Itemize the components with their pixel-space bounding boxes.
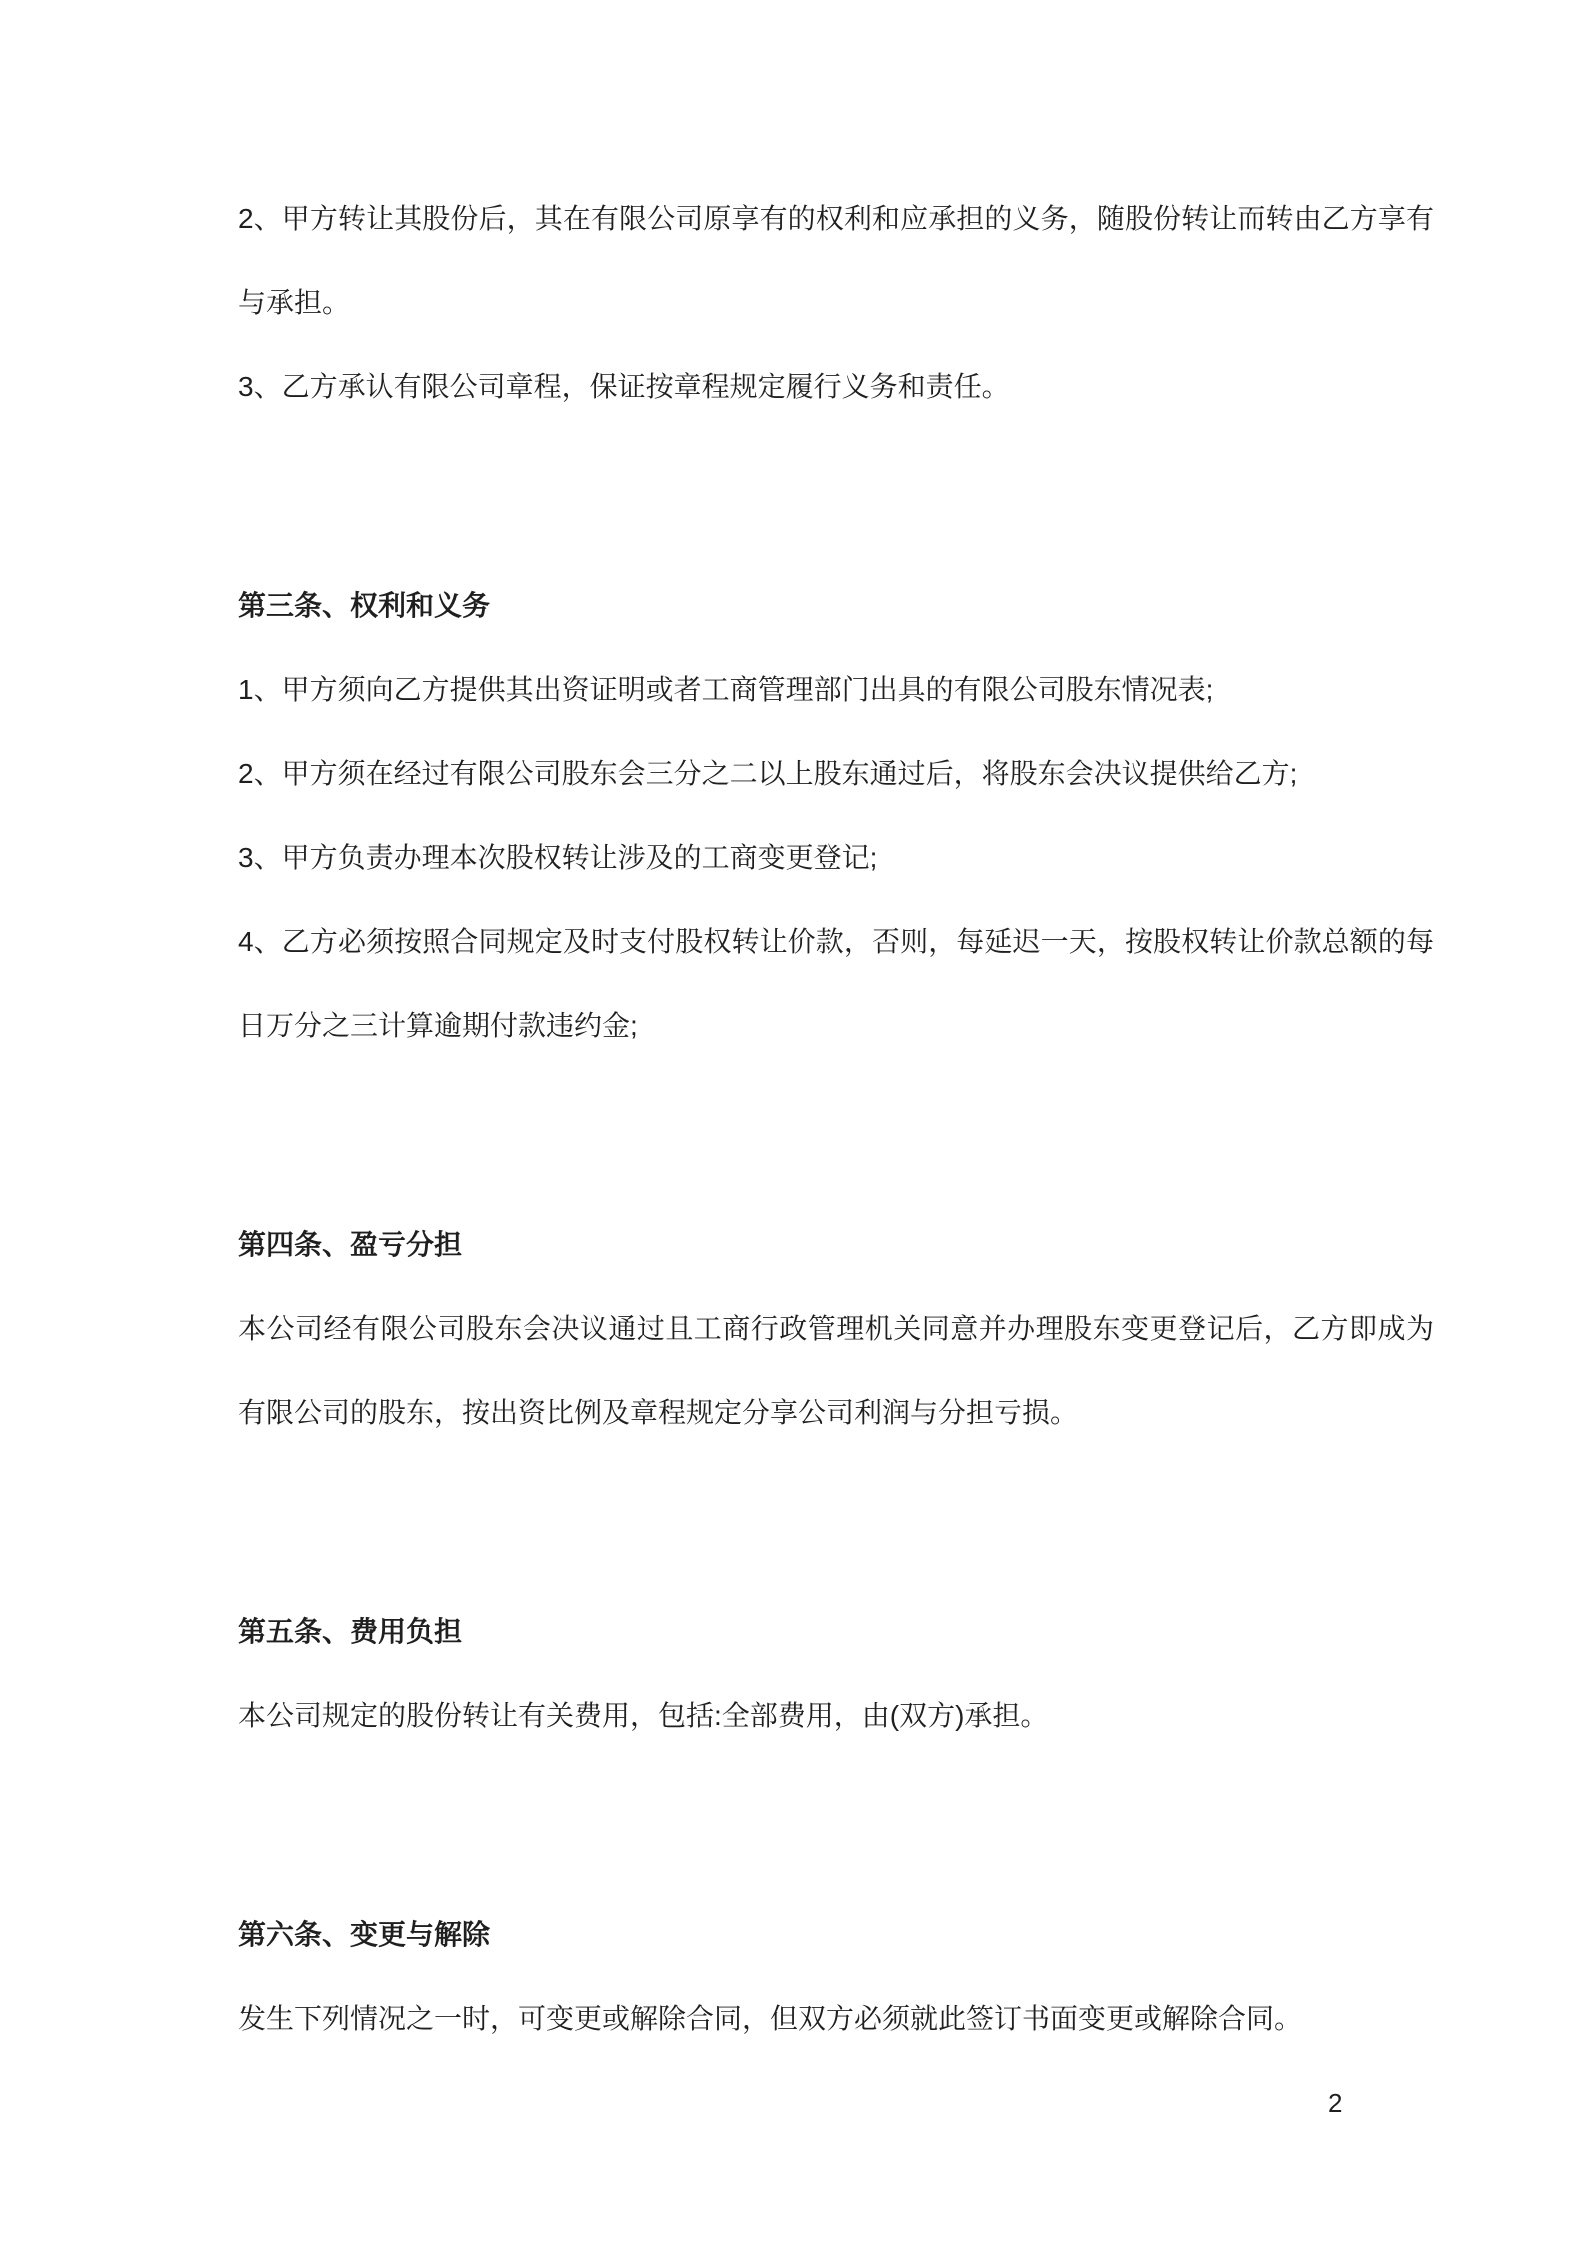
section-3-heading: 第三条、权利和义务 [238, 564, 1434, 648]
section-6-body: 发生下列情况之一时，可变更或解除合同，但双方必须就此签订书面变更或解除合同。 [238, 1977, 1434, 2061]
section-3-item-4: 4、乙方必须按照合同规定及时支付股权转让价款，否则，每延迟一天，按股权转让价款总… [238, 900, 1434, 1068]
section-3-item-2: 2、甲方须在经过有限公司股东会三分之二以上股东通过后，将股东会决议提供给乙方; [238, 732, 1434, 816]
section-6-heading: 第六条、变更与解除 [238, 1893, 1434, 1977]
section-5-heading: 第五条、费用负担 [238, 1590, 1434, 1674]
section-4-body: 本公司经有限公司股东会决议通过且工商行政管理机关同意并办理股东变更登记后，乙方即… [238, 1287, 1434, 1455]
intro-clause-2: 2、甲方转让其股份后，其在有限公司原享有的权利和应承担的义务，随股份转让而转由乙… [238, 177, 1434, 345]
section-5-body: 本公司规定的股份转让有关费用，包括:全部费用，由(双方)承担。 [238, 1674, 1434, 1758]
section-3-item-3: 3、甲方负责办理本次股权转让涉及的工商变更登记; [238, 816, 1434, 900]
intro-clause-3: 3、乙方承认有限公司章程，保证按章程规定履行义务和责任。 [238, 345, 1434, 429]
section-3-item-1: 1、甲方须向乙方提供其出资证明或者工商管理部门出具的有限公司股东情况表; [238, 648, 1434, 732]
page-number: 2 [1328, 2088, 1342, 2118]
contract-page: 2、甲方转让其股份后，其在有限公司原享有的权利和应承担的义务，随股份转让而转由乙… [0, 0, 1586, 2244]
section-4-heading: 第四条、盈亏分担 [238, 1203, 1434, 1287]
document-body: 2、甲方转让其股份后，其在有限公司原享有的权利和应承担的义务，随股份转让而转由乙… [238, 0, 1434, 2061]
